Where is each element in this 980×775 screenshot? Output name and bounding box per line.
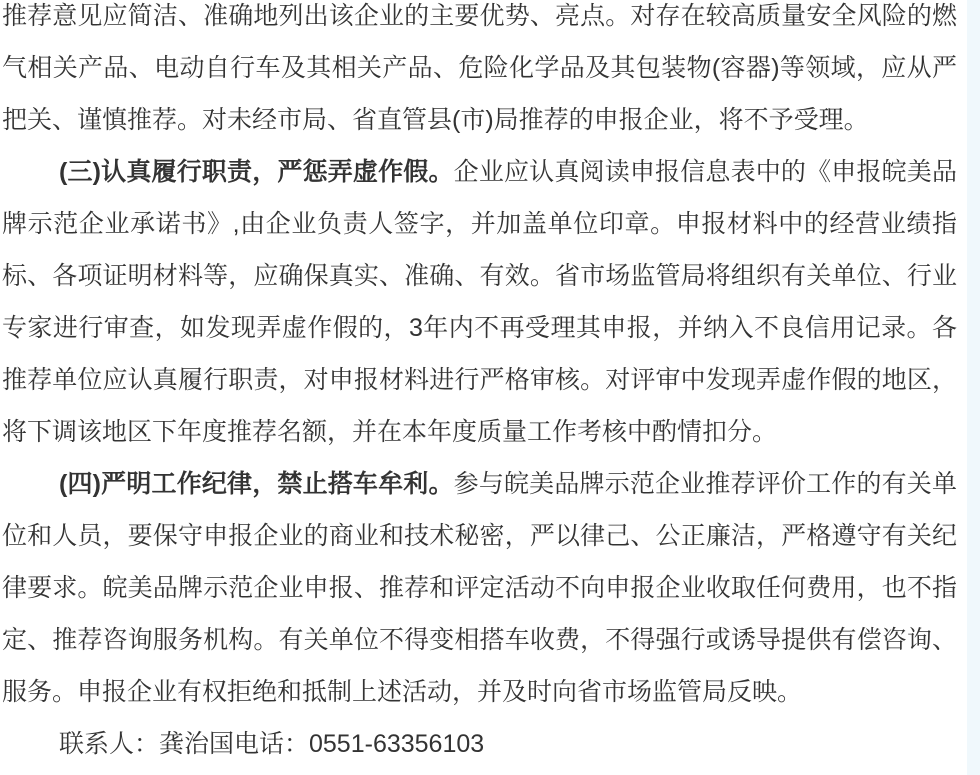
section-heading-text: (三)认真履行职责，严惩弄虚作假。 [59,158,454,186]
body-text: 企业应认真阅读申报信息表中的《申报皖美品牌示范企业承诺书》,由企业负责人签字，并… [2,158,957,446]
document-body: 推荐意见应简洁、准确地列出该企业的主要优势、亮点。对存在较高质量安全风险的燃气相… [2,0,957,770]
section-heading-text: (四)严明工作纪律，禁止搭车牟利。 [59,470,454,498]
paragraph-section-4: (四)严明工作纪律，禁止搭车牟利。参与皖美品牌示范企业推荐评价工作的有关单位和人… [2,458,957,718]
paragraph-recommendation-requirements: 推荐意见应简洁、准确地列出该企业的主要优势、亮点。对存在较高质量安全风险的燃气相… [2,0,957,146]
page-background-strip [967,0,980,775]
body-text: 联系人：龚治国电话：0551-63356103 [59,730,484,758]
body-text: 参与皖美品牌示范企业推荐评价工作的有关单位和人员，要保守申报企业的商业和技术秘密… [2,470,957,706]
paragraph-contact: 联系人：龚治国电话：0551-63356103 [2,718,957,770]
paragraph-section-3: (三)认真履行职责，严惩弄虚作假。企业应认真阅读申报信息表中的《申报皖美品牌示范… [2,146,957,458]
body-text: 推荐意见应简洁、准确地列出该企业的主要优势、亮点。对存在较高质量安全风险的燃气相… [2,2,957,134]
